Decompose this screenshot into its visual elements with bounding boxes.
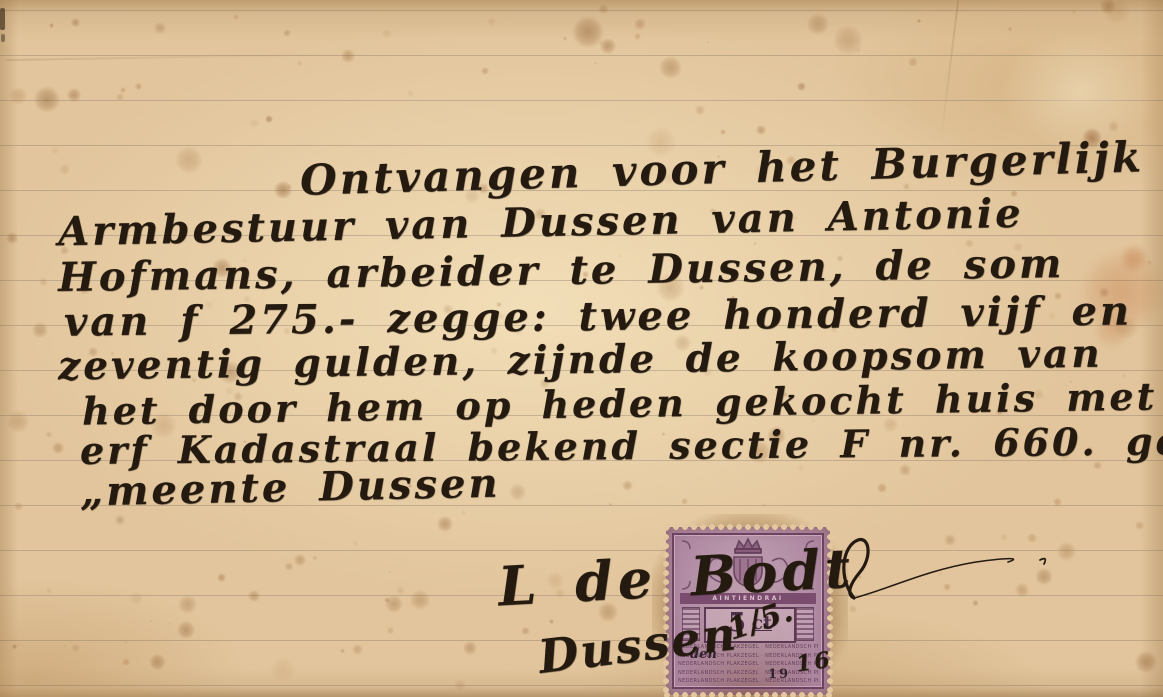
stain <box>1120 244 1148 272</box>
stain <box>659 56 682 79</box>
stain <box>849 605 857 613</box>
stain <box>833 25 863 55</box>
stain <box>487 17 496 26</box>
stain <box>407 90 414 97</box>
stain <box>124 640 128 644</box>
stain <box>352 644 363 655</box>
stain <box>341 49 355 63</box>
stain <box>270 657 296 683</box>
stain <box>762 503 766 507</box>
stain <box>1139 667 1142 670</box>
stain <box>481 67 489 75</box>
stain <box>410 590 430 610</box>
stain <box>122 658 130 666</box>
stain <box>6 232 18 244</box>
stain <box>150 620 153 623</box>
stain <box>59 164 70 175</box>
stain <box>248 590 260 602</box>
stain <box>313 556 317 560</box>
stain <box>622 480 633 491</box>
stain <box>972 600 979 607</box>
stain <box>389 571 391 573</box>
stamp-year-printed: 19 <box>768 667 790 682</box>
paperclip-mark <box>0 8 9 42</box>
stain <box>14 502 23 511</box>
stain <box>908 57 918 67</box>
stain <box>49 23 53 27</box>
stain <box>384 597 390 603</box>
stain <box>598 4 609 15</box>
stain <box>39 278 48 287</box>
stain <box>396 586 405 595</box>
stain <box>634 18 646 30</box>
stain <box>1053 498 1062 507</box>
stain <box>32 322 48 338</box>
stain <box>340 649 344 653</box>
stain <box>34 86 61 113</box>
stain <box>63 644 66 647</box>
stain <box>353 541 358 546</box>
stain <box>797 82 806 91</box>
stain <box>177 621 195 639</box>
stain <box>51 146 59 154</box>
stain <box>46 588 51 593</box>
stain <box>285 562 294 571</box>
stain <box>135 83 142 90</box>
stain <box>1147 260 1152 265</box>
stain <box>178 595 197 614</box>
stain <box>756 125 766 135</box>
stamp-perforation-top <box>663 523 833 531</box>
handwritten-line-7: erf Kadastraal bekend sectie F nr. 660. … <box>80 420 1163 472</box>
stain <box>509 483 527 501</box>
stain <box>1108 121 1119 132</box>
stain <box>115 515 125 525</box>
stain <box>294 554 306 566</box>
stain <box>283 29 292 38</box>
stain <box>149 654 166 671</box>
stain <box>572 16 604 48</box>
stamp-perforation-bottom <box>663 691 833 697</box>
stain <box>521 627 529 635</box>
crease-line-horizontal <box>6 53 366 61</box>
aged-paper-document: Ontvangen voor het Burgerlijk Armbestuur… <box>0 0 1163 697</box>
stain <box>807 13 829 35</box>
signature-flourish <box>836 528 1076 618</box>
stain <box>899 464 911 476</box>
stain <box>1000 533 1007 540</box>
stain <box>385 595 404 614</box>
stain <box>695 105 705 115</box>
stain <box>707 41 709 43</box>
stain <box>287 184 292 189</box>
stain <box>437 516 453 532</box>
handwritten-year: 16 <box>794 648 834 677</box>
stamp-ornament-right <box>796 607 814 641</box>
stain <box>609 503 612 506</box>
stain <box>563 36 567 40</box>
stain <box>297 61 302 66</box>
stain <box>7 410 30 433</box>
stain <box>120 87 126 93</box>
stain <box>250 118 260 128</box>
stain <box>67 88 81 102</box>
stain <box>1103 0 1130 24</box>
stain <box>594 62 597 65</box>
stain <box>463 641 477 655</box>
stain <box>855 47 861 53</box>
stain <box>917 19 921 23</box>
stain <box>858 575 862 579</box>
handwritten-line-8: „meente Dussen <box>80 462 501 515</box>
stain <box>12 644 17 649</box>
stain <box>1015 583 1029 597</box>
stain <box>9 87 27 105</box>
stain <box>461 510 466 515</box>
stain <box>265 115 273 123</box>
stain <box>1035 568 1052 585</box>
stain <box>454 679 466 691</box>
stain <box>169 623 171 625</box>
stain <box>52 442 64 454</box>
stain <box>681 498 688 505</box>
stain <box>943 583 951 591</box>
stain <box>1135 651 1157 673</box>
stain <box>1008 27 1012 31</box>
stain <box>1072 10 1076 14</box>
stain <box>387 627 394 634</box>
stain <box>938 572 943 577</box>
stain <box>382 29 391 38</box>
stain <box>1100 0 1116 14</box>
stain <box>1135 521 1144 530</box>
stain <box>71 18 80 27</box>
stain <box>549 619 553 623</box>
stain <box>233 14 239 20</box>
stain <box>944 534 956 546</box>
stain <box>600 38 616 54</box>
stain <box>634 33 641 40</box>
stain <box>130 592 143 605</box>
stain <box>274 181 292 199</box>
stain <box>175 146 204 175</box>
stain <box>1027 533 1037 543</box>
stain <box>17 643 20 646</box>
stain <box>1137 253 1140 256</box>
stain <box>720 129 726 135</box>
stain <box>46 431 53 438</box>
stain <box>71 644 80 653</box>
stain <box>154 22 166 34</box>
crease-line-vertical <box>939 0 959 149</box>
stain <box>1057 542 1077 562</box>
stain <box>877 483 887 493</box>
stain <box>217 573 226 582</box>
stain <box>598 41 602 45</box>
stain <box>116 93 124 101</box>
